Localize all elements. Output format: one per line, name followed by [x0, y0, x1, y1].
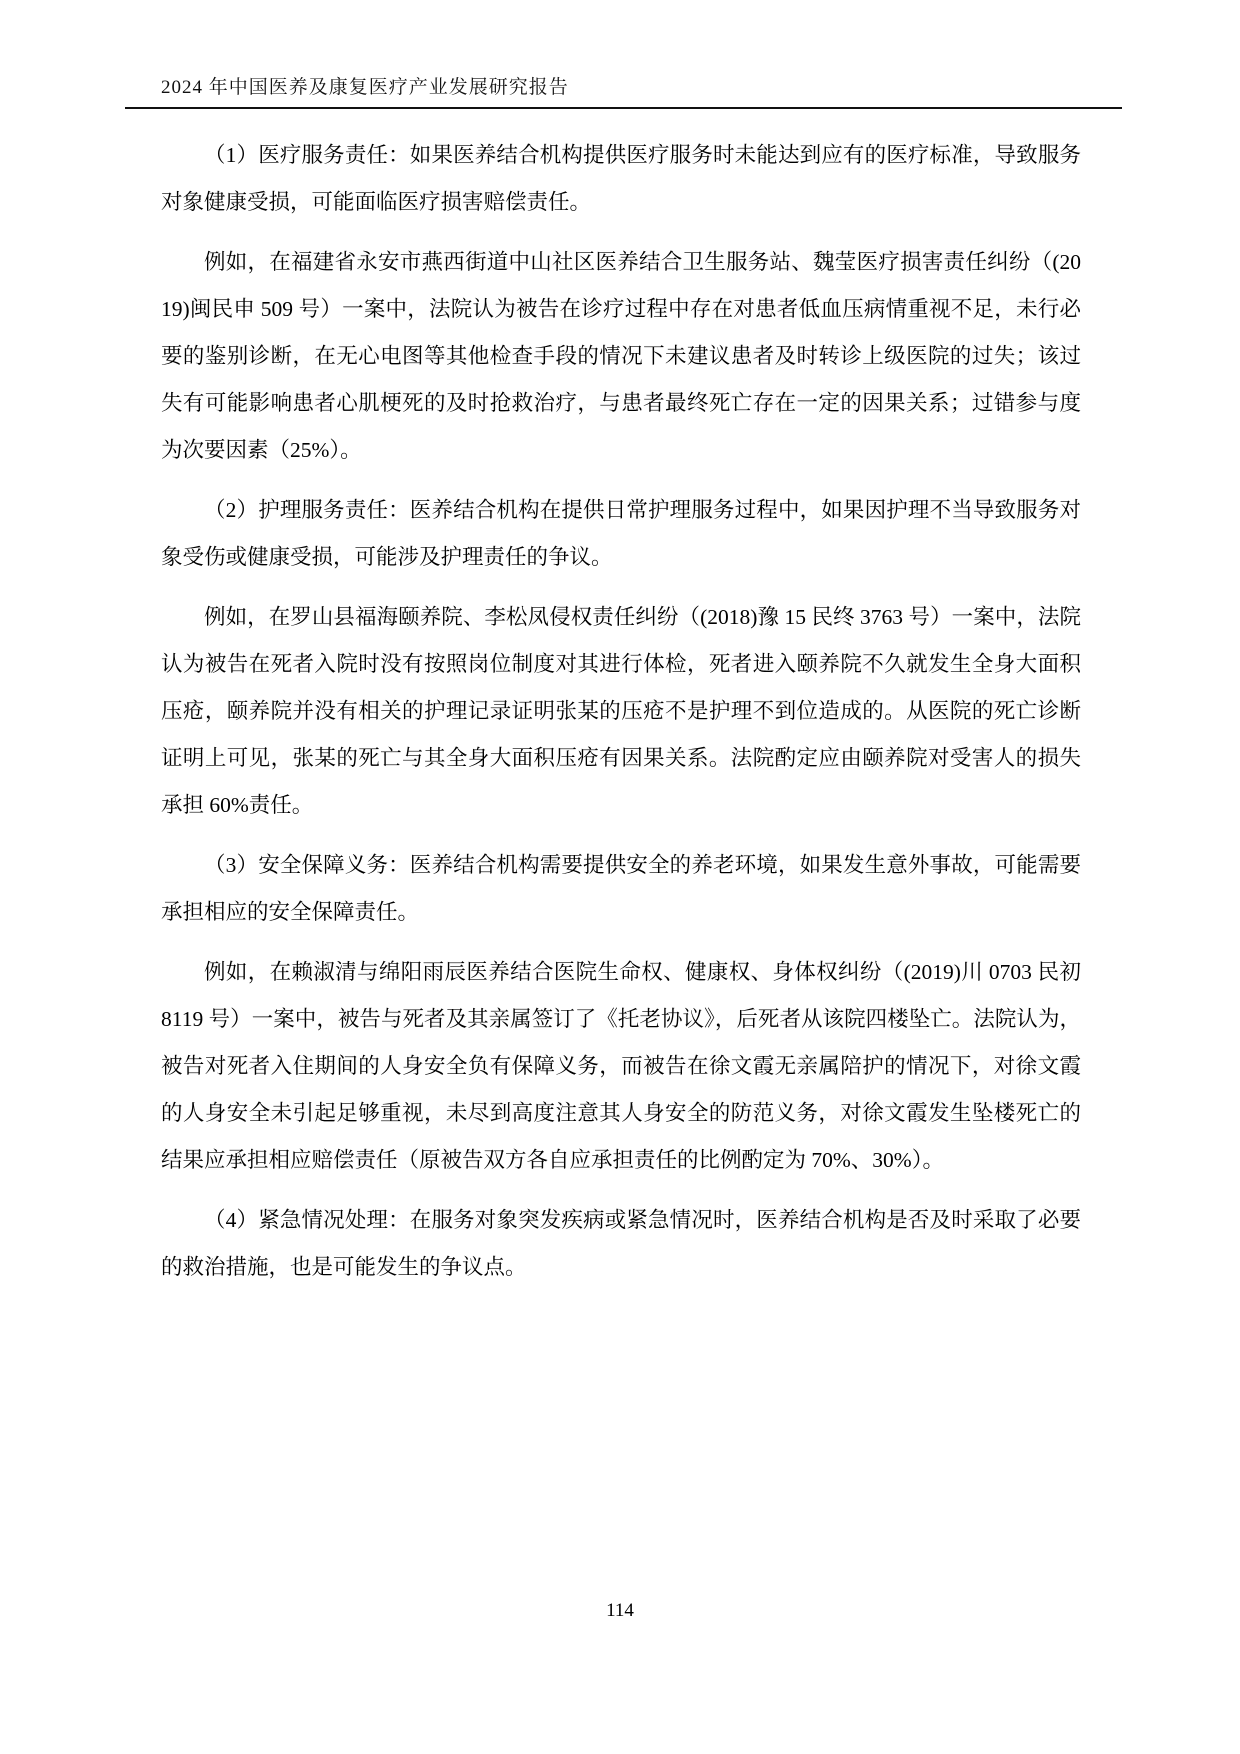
- body-paragraph: （2）护理服务责任：医养结合机构在提供日常护理服务过程中，如果因护理不当导致服务…: [161, 487, 1081, 581]
- report-header: 2024 年中国医养及康复医疗产业发展研究报告: [125, 72, 1122, 109]
- report-title: 2024 年中国医养及康复医疗产业发展研究报告: [161, 77, 569, 98]
- page-footer: 114: [0, 1600, 1240, 1622]
- document-page: 2024 年中国医养及康复医疗产业发展研究报告 （1）医疗服务责任：如果医养结合…: [0, 0, 1240, 1754]
- page-number: 114: [606, 1600, 634, 1621]
- body-text: （1）医疗服务责任：如果医养结合机构提供医疗服务时未能达到应有的医疗标准，导致服…: [161, 132, 1081, 1304]
- body-paragraph: （3）安全保障义务：医养结合机构需要提供安全的养老环境，如果发生意外事故，可能需…: [161, 842, 1081, 936]
- body-paragraph: 例如，在赖淑清与绵阳雨辰医养结合医院生命权、健康权、身体权纠纷（(2019)川 …: [161, 949, 1081, 1184]
- body-paragraph: （1）医疗服务责任：如果医养结合机构提供医疗服务时未能达到应有的医疗标准，导致服…: [161, 132, 1081, 226]
- body-paragraph: （4）紧急情况处理：在服务对象突发疾病或紧急情况时，医养结合机构是否及时采取了必…: [161, 1197, 1081, 1291]
- body-paragraph: 例如，在罗山县福海颐养院、李松凤侵权责任纠纷（(2018)豫 15 民终 376…: [161, 594, 1081, 829]
- body-paragraph: 例如，在福建省永安市燕西街道中山社区医养结合卫生服务站、魏莹医疗损害责任纠纷（(…: [161, 239, 1081, 474]
